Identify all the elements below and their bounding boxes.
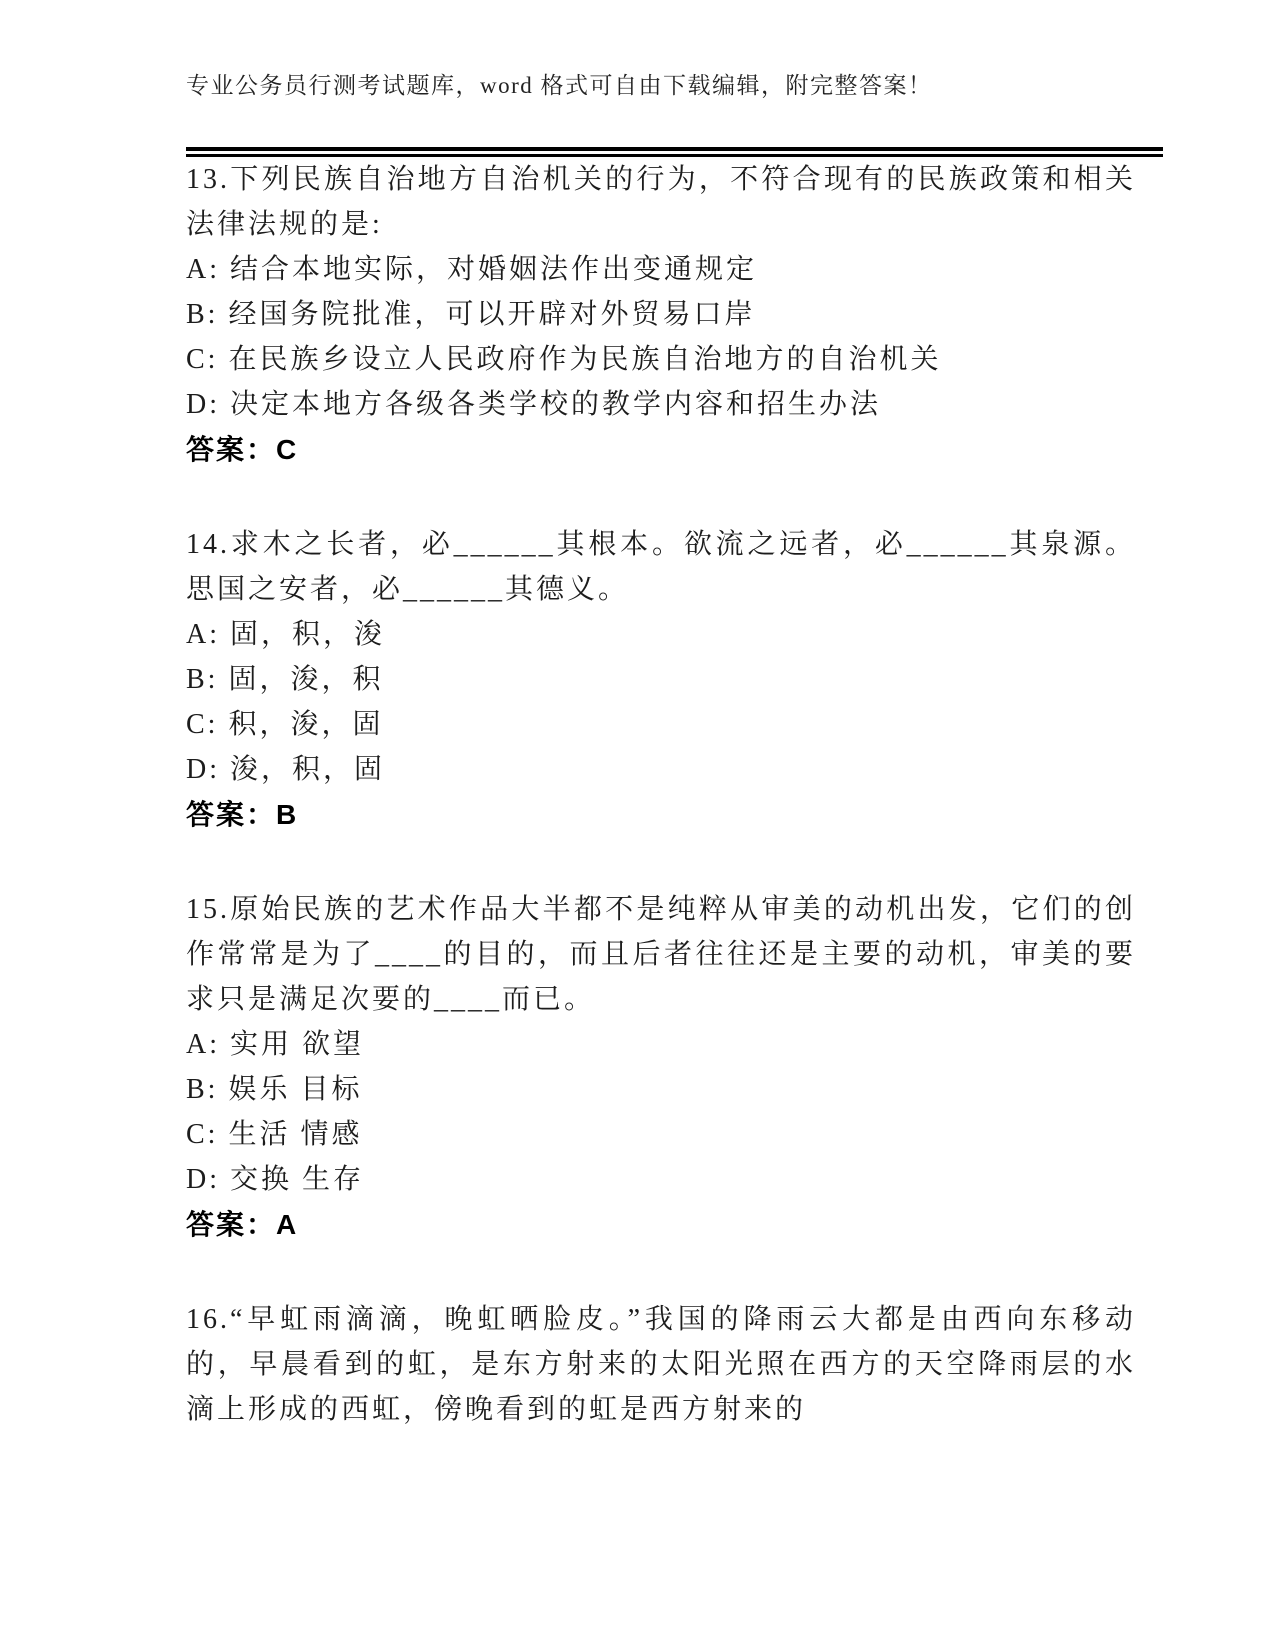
question-option-b: B: 固，浚，积 — [186, 657, 1136, 702]
question-option-d: D: 浚，积，固 — [186, 747, 1136, 792]
answer-line: 答案：C — [186, 427, 1136, 472]
document-page: 专业公务员行测考试题库，word 格式可自由下载编辑，附完整答案！ 13.下列民… — [0, 0, 1275, 1650]
question-text: 16.“早虹雨滴滴，晚虹晒脸皮。”我国的降雨云大都是由西向东移动的，早晨看到的虹… — [186, 1297, 1136, 1432]
question-15: 15.原始民族的艺术作品大半都不是纯粹从审美的动机出发，它们的创作常常是为了__… — [186, 887, 1136, 1247]
question-option-d: D: 交换 生存 — [186, 1157, 1136, 1202]
question-text: 14.求木之长者，必______其根本。欲流之远者，必______其泉源。思国之… — [186, 522, 1136, 612]
answer-line: 答案：A — [186, 1202, 1136, 1247]
question-option-a: A: 实用 欲望 — [186, 1022, 1136, 1067]
header-double-rule — [186, 147, 1163, 157]
question-list: 13.下列民族自治地方自治机关的行为，不符合现有的民族政策和相关法律法规的是: … — [186, 157, 1136, 1432]
question-option-a: A: 固，积，浚 — [186, 612, 1136, 657]
question-text: 15.原始民族的艺术作品大半都不是纯粹从审美的动机出发，它们的创作常常是为了__… — [186, 887, 1136, 1022]
question-option-c: C: 生活 情感 — [186, 1112, 1136, 1157]
question-option-c: C: 积，浚，固 — [186, 702, 1136, 747]
answer-line: 答案：B — [186, 792, 1136, 837]
question-option-b: B: 娱乐 目标 — [186, 1067, 1136, 1112]
question-13: 13.下列民族自治地方自治机关的行为，不符合现有的民族政策和相关法律法规的是: … — [186, 157, 1136, 472]
question-option-c: C: 在民族乡设立人民政府作为民族自治地方的自治机关 — [186, 337, 1136, 382]
question-14: 14.求木之长者，必______其根本。欲流之远者，必______其泉源。思国之… — [186, 522, 1136, 837]
question-16: 16.“早虹雨滴滴，晚虹晒脸皮。”我国的降雨云大都是由西向东移动的，早晨看到的虹… — [186, 1297, 1136, 1432]
header-title: 专业公务员行测考试题库，word 格式可自由下载编辑，附完整答案！ — [186, 72, 1163, 100]
question-option-d: D: 决定本地方各级各类学校的教学内容和招生办法 — [186, 382, 1136, 427]
page-content: 专业公务员行测考试题库，word 格式可自由下载编辑，附完整答案！ 13.下列民… — [0, 0, 1163, 1432]
document-header: 专业公务员行测考试题库，word 格式可自由下载编辑，附完整答案！ — [186, 72, 1163, 157]
question-text: 13.下列民族自治地方自治机关的行为，不符合现有的民族政策和相关法律法规的是: — [186, 157, 1136, 247]
question-option-a: A: 结合本地实际，对婚姻法作出变通规定 — [186, 247, 1136, 292]
question-option-b: B: 经国务院批准，可以开辟对外贸易口岸 — [186, 292, 1136, 337]
